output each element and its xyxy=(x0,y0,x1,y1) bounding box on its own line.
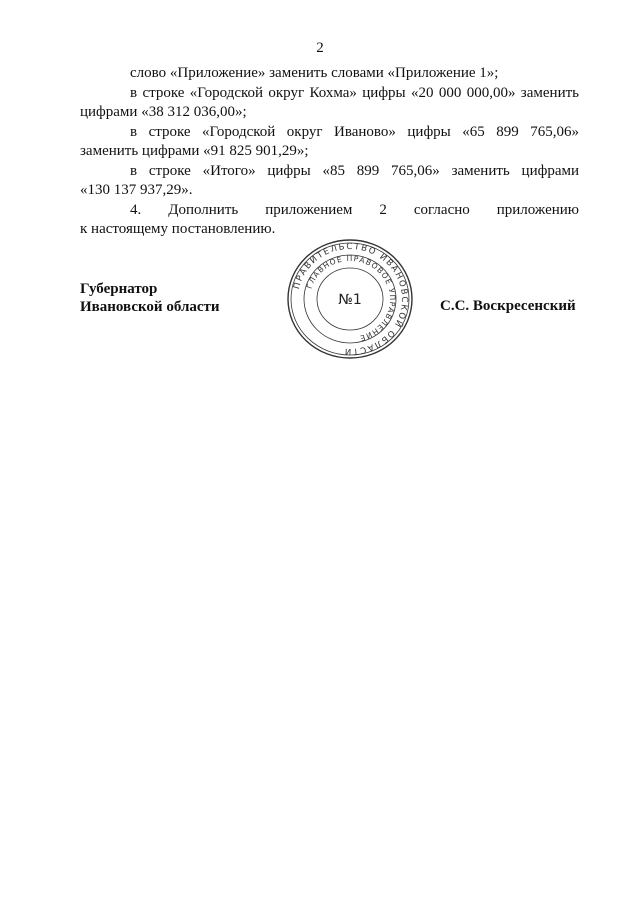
paragraph: в строке «Городской округ Кохма» цифры «… xyxy=(80,84,579,104)
paragraph: к настоящему постановлению. xyxy=(80,220,579,240)
paragraph: 4. Дополнить приложением 2 согласно прил… xyxy=(80,201,579,221)
svg-text:№1: №1 xyxy=(338,292,361,308)
paragraph: слово «Приложение» заменить словами «При… xyxy=(80,64,579,84)
position-line: Ивановской области xyxy=(80,298,220,316)
paragraph: заменить цифрами «91 825 901,29»; xyxy=(80,142,579,162)
stamp-icon: ПРАВИТЕЛЬСТВО ИВАНОВСКОЙ ОБЛАСТИ ГЛАВНОЕ… xyxy=(285,238,415,360)
paragraph: в строке «Итого» цифры «85 899 765,06» з… xyxy=(80,162,579,182)
signatory-name: С.С. Воскресенский xyxy=(440,298,576,315)
position-line: Губернатор xyxy=(80,280,220,298)
document-body: слово «Приложение» заменить словами «При… xyxy=(80,64,579,240)
official-stamp: ПРАВИТЕЛЬСТВО ИВАНОВСКОЙ ОБЛАСТИ ГЛАВНОЕ… xyxy=(285,238,415,360)
paragraph: цифрами «38 312 036,00»; xyxy=(80,103,579,123)
paragraph: «130 137 937,29». xyxy=(80,181,579,201)
paragraph: в строке «Городской округ Иваново» цифры… xyxy=(80,123,579,143)
signatory-position: Губернатор Ивановской области xyxy=(80,280,220,316)
page-number: 2 xyxy=(0,40,640,57)
